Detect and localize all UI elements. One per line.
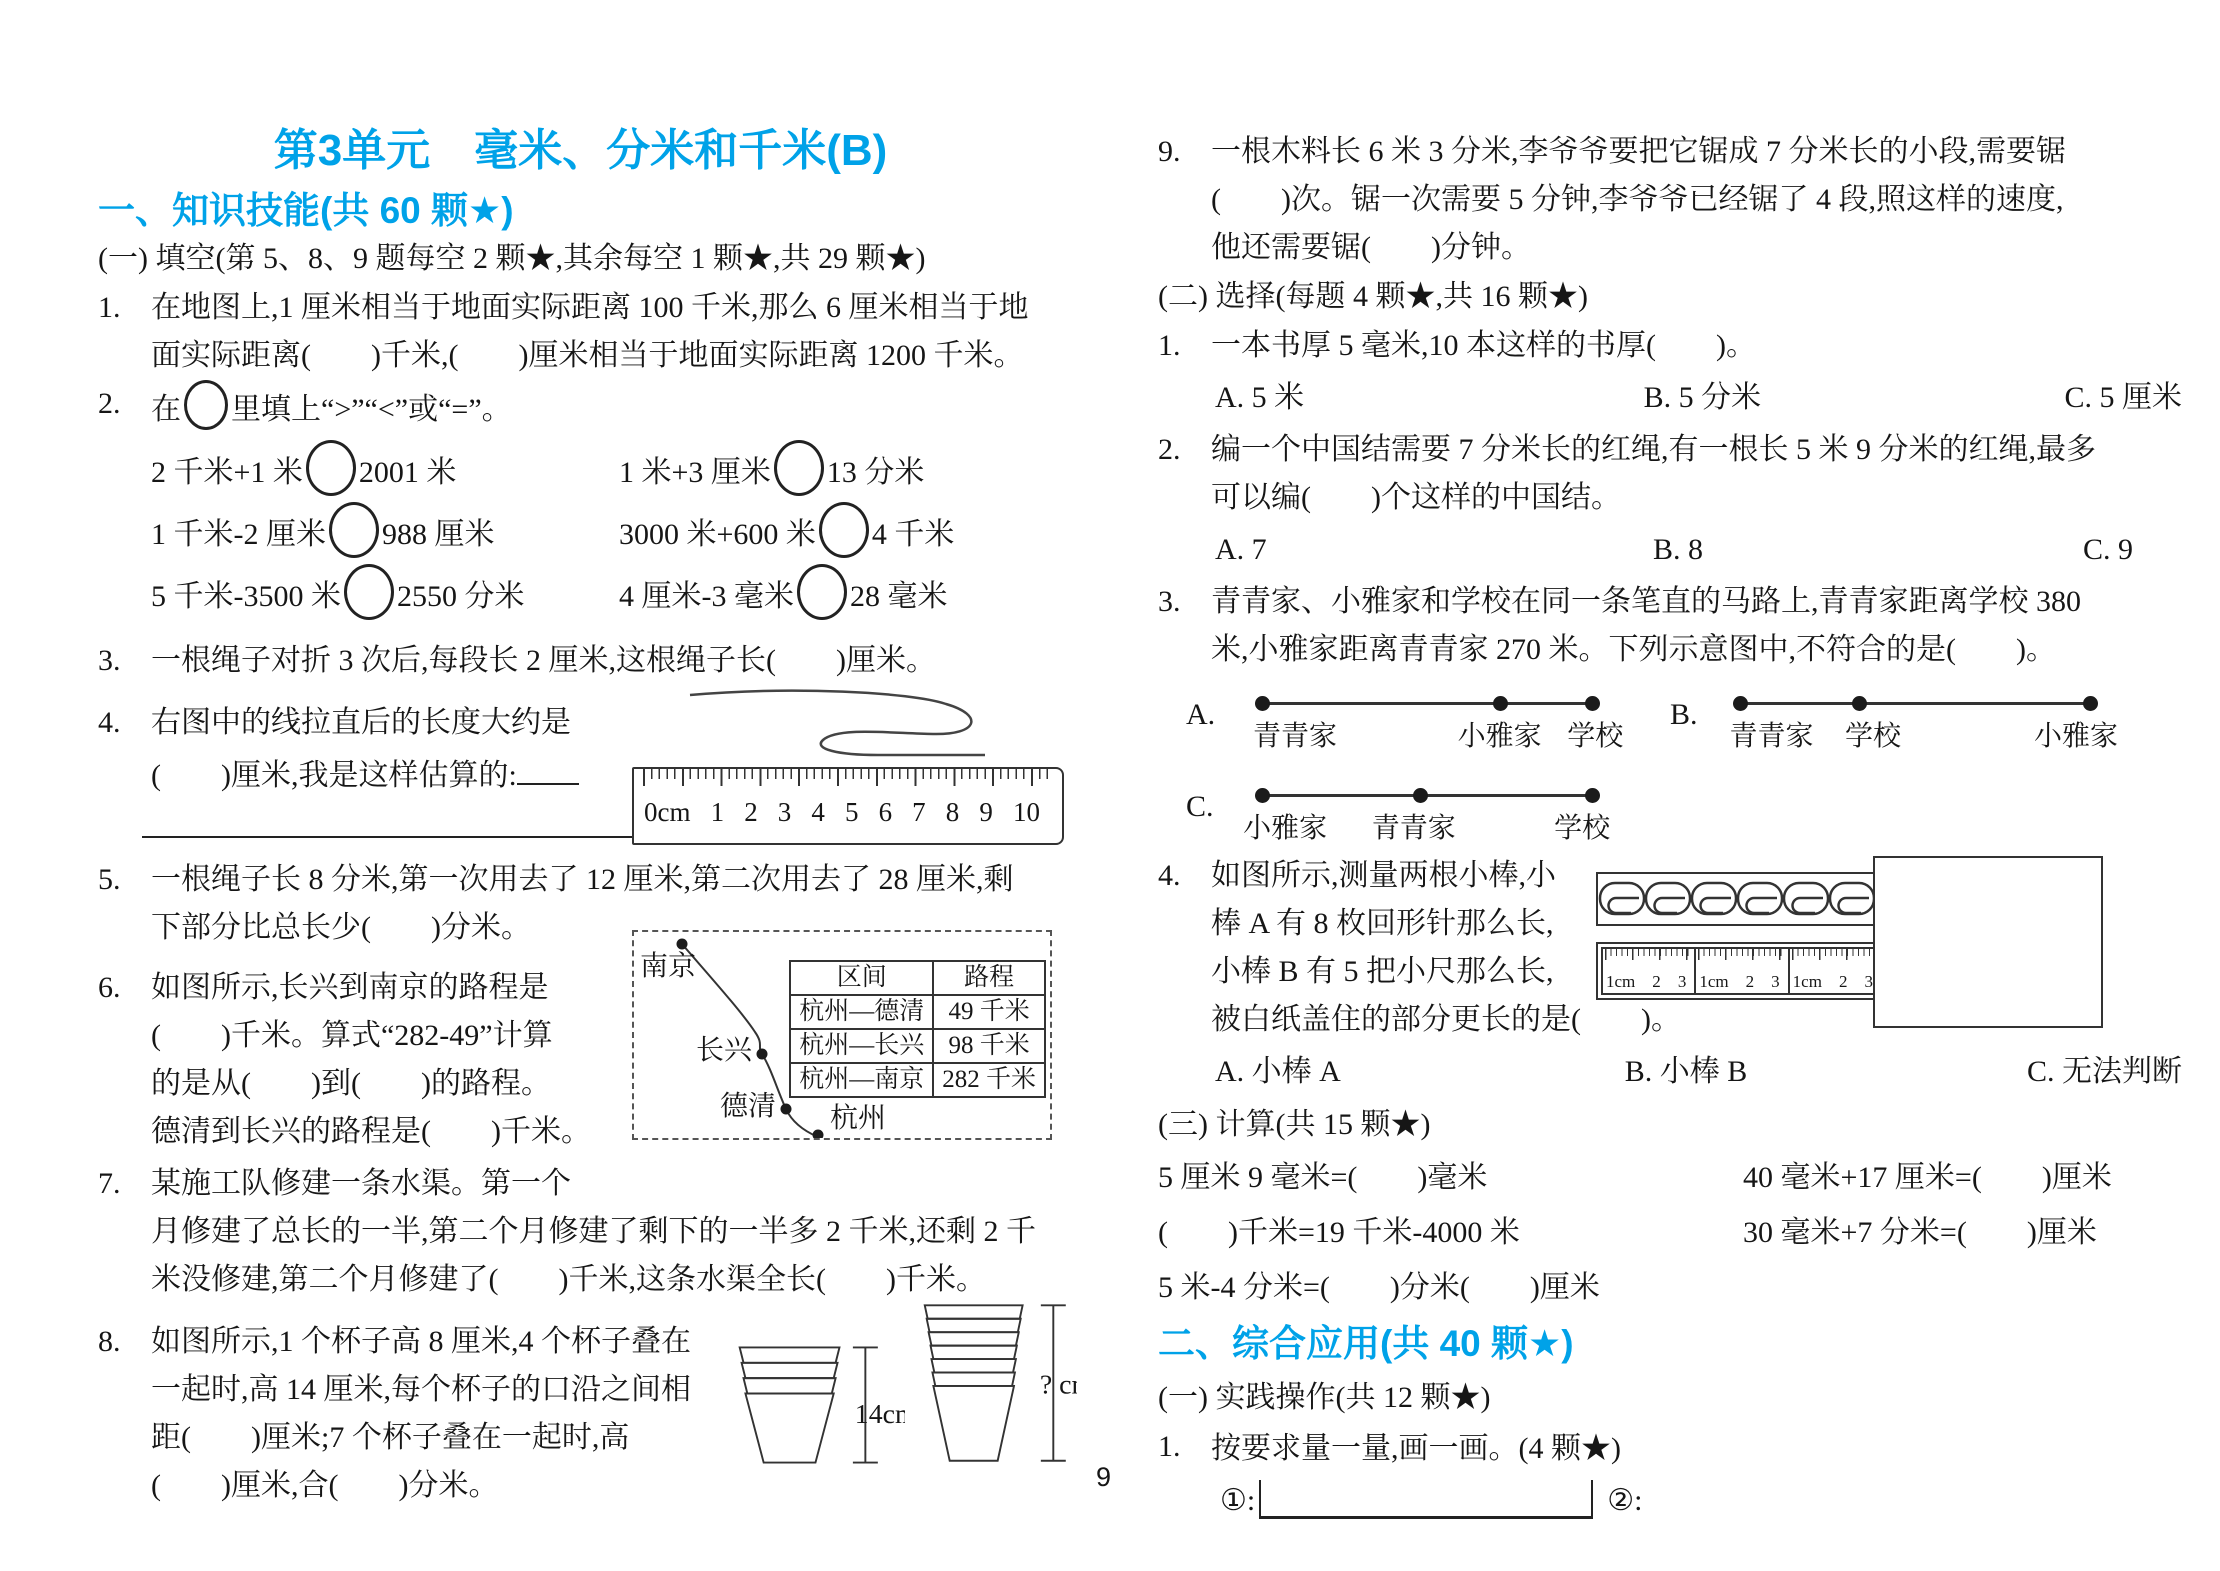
question-text: 在里填上“>”“<”或“=”。 (151, 380, 1063, 437)
draw-task-row: ①: ②: (1158, 1475, 2182, 1527)
diagram-option-a: A. 青青家 小雅家 学校 (1158, 674, 1670, 766)
blank-circle (797, 564, 847, 620)
question-number: 1. (1158, 322, 1211, 370)
location-dot (1585, 788, 1600, 803)
question-text: 在地图上,1 厘米相当于地面实际距离 100 千米,那么 6 厘米相当于地 (151, 284, 1063, 332)
option-letter: B. (1670, 698, 1698, 732)
question-number: 8. (98, 1318, 151, 1510)
subsection-choice-heading: (二) 选择(每题 4 颗★,共 16 颗★) (1158, 272, 2182, 322)
question-number: 7. (98, 1160, 151, 1304)
location-dot (2083, 696, 2098, 711)
question-text: ( )次。锯一次需要 5 分钟,李爷爷已经锯了 4 段,照这样的速度, (1211, 176, 2182, 224)
option-b: B. 5 分米 (1644, 370, 2065, 426)
blank-circle (344, 564, 394, 620)
city-label: 杭州 (830, 1104, 886, 1134)
right-column: 9. 一根木料长 6 米 3 分米,李爷爷要把它锯成 7 分米长的小段,需要锯 … (1158, 0, 2182, 1527)
question-number: 9. (1158, 128, 1211, 272)
ruler-numbers: 1cm23 (1793, 971, 1873, 993)
cups-figure: 14cm ? cm (732, 1296, 1077, 1468)
calc-item: 40 毫米+17 厘米=( )厘米 (1743, 1150, 2112, 1205)
question-8: 8. 如图所示,1 个杯子高 8 厘米,4 个杯子叠在 一起时,高 14 厘米,… (98, 1318, 1063, 1510)
option-letter: C. (1186, 790, 1214, 824)
option-a: A. 小棒 A (1215, 1044, 1625, 1100)
question-text: 米,小雅家距离青青家 270 米。下列示意图中,不符合的是( )。 (1211, 626, 2182, 674)
choice-options: A. 7 B. 8 C. 9 (1158, 522, 2182, 578)
table-row: 杭州—长兴 98 千米 (790, 1029, 1045, 1063)
location-dot (1733, 696, 1748, 711)
distance-table: 区间 路程 杭州—德清 49 千米 杭州—长兴 98 千米 杭州—南京 282 … (789, 960, 1046, 1098)
city-label: 南京 (640, 952, 696, 982)
rulers-bar: 1cm23 1cm23 1cm23 (1596, 942, 1886, 1000)
ruler-numbers: 1cm23 (1699, 971, 1779, 993)
question-text: 编一个中国结需要 7 分米长的红绳,有一根长 5 米 9 分米的红绳,最多 (1211, 426, 2182, 474)
question-9: 9. 一根木料长 6 米 3 分米,李爷爷要把它锯成 7 分米长的小段,需要锯 … (1158, 128, 2182, 272)
calc-row: ( )千米=19 千米-4000 米 30 毫米+7 分米=( )厘米 (1158, 1205, 2182, 1260)
unit-title: 第3单元 毫米、分米和千米(B) (98, 126, 1063, 176)
option-a: A. 5 米 (1215, 370, 1644, 426)
choice-question-3: 3. 青青家、小雅家和学校在同一条笔直的马路上,青青家距离学校 380 米,小雅… (1158, 578, 2182, 674)
location-dot (1413, 788, 1428, 803)
blank-circle (306, 440, 356, 496)
compare-item: 4 厘米-3 毫米28 毫米 (619, 564, 948, 620)
calc-item: 5 厘米 9 毫米=( )毫米 (1158, 1150, 1743, 1205)
question-number: 4. (1158, 852, 1211, 1044)
cup-stack-4-graphic: 14cm (732, 1342, 905, 1468)
cup-stack-7-graphic: ? cm (919, 1300, 1077, 1468)
question-text: 一根木料长 6 米 3 分米,李爷爷要把它锯成 7 分米长的小段,需要锯 (1211, 128, 2182, 176)
answer-underline (517, 747, 579, 785)
location-dot (1585, 696, 1600, 711)
ruler-numbers: 1cm23 (1606, 971, 1686, 993)
diagram-option-c: C. 小雅家 青青家 学校 (1158, 766, 1670, 852)
compare-item: 5 千米-3500 米2550 分米 (151, 564, 619, 620)
cup-height-label: 14cm (855, 1399, 905, 1430)
choice-question-2: 2. 编一个中国结需要 7 分米长的红绳,有一根长 5 米 9 分米的红绳,最多… (1158, 426, 2182, 522)
question-text: 青青家、小雅家和学校在同一条笔直的马路上,青青家距离学校 380 (1211, 578, 2182, 626)
question-text: 一根绳子长 8 分米,第一次用去了 12 厘米,第二次用去了 28 厘米,剩 (151, 856, 1063, 904)
location-dot (1255, 696, 1270, 711)
question-number: 3. (1158, 578, 1211, 674)
section-1-heading: 一、知识技能(共 60 颗★) (98, 188, 1063, 234)
choice-question-4: 4. 如图所示,测量两根小棒,小 棒 A 有 8 枚回形针那么长, 小棒 B 有… (1158, 852, 2182, 1044)
diagram-options-row: A. 青青家 小雅家 学校 B. 青青家 (1158, 674, 2182, 766)
subsection-fill-heading: (一) 填空(第 5、8、9 题每空 2 颗★,其余每空 1 颗★,共 29 颗… (98, 234, 1063, 284)
segment-to-measure (1259, 1480, 1593, 1519)
question-text: 一本书厚 5 毫米,10 本这样的书厚( )。 (1211, 322, 2182, 370)
question-number: 1. (1158, 1423, 1211, 1475)
choice-options: A. 小棒 A B. 小棒 B C. 无法判断 (1158, 1044, 2182, 1100)
question-number: 6. (98, 964, 151, 1156)
question-text: 按要求量一量,画一画。(4 颗★) (1211, 1423, 2182, 1475)
question-text: 他还需要锯( )分钟。 (1211, 224, 2182, 272)
left-column: 第3单元 毫米、分米和千米(B) 一、知识技能(共 60 颗★) (一) 填空(… (98, 0, 1063, 1510)
calc-item: 5 米-4 分米=( )分米( )厘米 (1158, 1260, 1600, 1315)
choice-question-1: 1. 一本书厚 5 毫米,10 本这样的书厚( )。 (1158, 322, 2182, 370)
ruler-ticks (1792, 949, 1879, 960)
table-row: 杭州—南京 282 千米 (790, 1063, 1045, 1097)
question-number: 3. (98, 637, 151, 685)
draw-item-2-label: ②: (1607, 1475, 1642, 1527)
calc-item: 30 毫米+7 分米=( )厘米 (1743, 1205, 2097, 1260)
question-1: 1. 在地图上,1 厘米相当于地面实际距离 100 千米,那么 6 厘米相当于地… (98, 284, 1063, 380)
draw-item-1-label: ①: (1220, 1475, 1255, 1527)
question-text: 面实际距离( )千米,( )厘米相当于地面实际距离 1200 千米。 (151, 332, 1063, 380)
white-paper-cover (1873, 856, 2103, 1028)
ruler-figure: 0cm12345678910 (632, 683, 1064, 845)
compare-row: 1 千米-2 厘米988 厘米 3000 米+600 米4 千米 (151, 499, 1063, 561)
paperclips-bar (1596, 872, 1886, 926)
curvy-line-graphic (632, 683, 1064, 759)
blank-circle (819, 502, 869, 558)
ruler-ticks (1605, 949, 1692, 960)
question-number: 5. (98, 856, 151, 952)
road-line (1740, 702, 2090, 705)
calc-row: 5 厘米 9 毫米=( )毫米 40 毫米+17 厘米=( )厘米 (1158, 1150, 2182, 1205)
question-number: 4. (98, 699, 151, 800)
location-dot (1255, 788, 1270, 803)
compare-row: 2 千米+1 米2001 米 1 米+3 厘米13 分米 (151, 437, 1063, 499)
ruler-graphic: 0cm12345678910 (632, 767, 1064, 845)
subsection-calc-heading: (三) 计算(共 15 颗★) (1158, 1100, 2182, 1150)
option-c: C. 5 厘米 (2064, 370, 2182, 426)
question-number: 2. (1158, 426, 1211, 522)
measurement-figure: 1cm23 1cm23 1cm23 (1596, 856, 2108, 1032)
question-number: 2. (98, 380, 151, 623)
blank-circle (329, 502, 379, 558)
mini-ruler: 1cm23 (1694, 947, 1789, 995)
option-c: C. 无法判断 (2027, 1044, 2182, 1100)
question-4: 4. 右图中的线拉直后的长度大约是 ( )厘米,我是这样估算的: 0cm1234… (98, 699, 1063, 800)
cup-height-label: ? cm (1040, 1370, 1077, 1401)
worksheet-page: 第3单元 毫米、分米和千米(B) 一、知识技能(共 60 颗★) (一) 填空(… (0, 0, 2220, 1571)
location-dot (1493, 696, 1508, 711)
question-text: 月修建了总长的一半,第二个月修建了剩下的一半多 2 千米,还剩 2 千 (151, 1208, 1063, 1256)
question-7: 7. 某施工队修建一条水渠。第一个 月修建了总长的一半,第二个月修建了剩下的一半… (98, 1160, 1063, 1304)
compare-item: 2 千米+1 米2001 米 (151, 440, 619, 496)
diagram-option-b: B. 青青家 学校 小雅家 (1670, 674, 2170, 766)
question-number: 1. (98, 284, 151, 380)
practice-question-1: 1. 按要求量一量,画一画。(4 颗★) (1158, 1423, 2182, 1475)
paperclips-graphic (1598, 874, 1882, 923)
subsection-practice-heading: (一) 实践操作(共 12 颗★) (1158, 1373, 2182, 1423)
ruler-numbers: 0cm12345678910 (634, 791, 1062, 833)
table-row: 杭州—德清 49 千米 (790, 995, 1045, 1029)
question-text: 一根绳子对折 3 次后,每段长 2 厘米,这根绳子长( )厘米。 (151, 637, 1063, 685)
question-3: 3. 一根绳子对折 3 次后,每段长 2 厘米,这根绳子长( )厘米。 (98, 637, 1063, 685)
option-b: B. 小棒 B (1625, 1044, 2027, 1100)
section-2-heading: 二、综合应用(共 40 颗★) (1158, 1321, 2182, 1367)
blank-circle (774, 440, 824, 496)
calc-item: ( )千米=19 千米-4000 米 (1158, 1205, 1743, 1260)
option-letter: A. (1186, 698, 1215, 732)
option-a: A. 7 (1215, 522, 1653, 578)
ruler-ticks (1698, 949, 1785, 960)
page-number: 9 (1096, 1462, 1111, 1493)
table-header: 区间 (790, 961, 933, 995)
question-2: 2. 在里填上“>”“<”或“=”。 2 千米+1 米2001 米 1 米+3 … (98, 380, 1063, 623)
compare-item: 1 千米-2 厘米988 厘米 (151, 502, 619, 558)
question-6: 6. 如图所示,长兴到南京的路程是 ( )千米。算式“282-49”计算 的是从… (98, 964, 1063, 1156)
question-text: 可以编( )个这样的中国结。 (1211, 474, 2182, 522)
question-text: ( )厘米,合( )分米。 (151, 1462, 1063, 1510)
question-text: 某施工队修建一条水渠。第一个 (151, 1160, 1063, 1208)
city-label: 德清 (720, 1092, 776, 1122)
table-header: 路程 (933, 961, 1045, 995)
map-figure: 南京 长兴 德清 杭州 区间 路程 杭州—德清 49 千米 杭州—长兴 98 千 (632, 930, 1052, 1140)
compare-item: 3000 米+600 米4 千米 (619, 502, 954, 558)
option-b: B. 8 (1653, 522, 2083, 578)
choice-options: A. 5 米 B. 5 分米 C. 5 厘米 (1158, 370, 2182, 426)
city-label: 长兴 (696, 1036, 752, 1066)
option-c: C. 9 (2083, 522, 2182, 578)
road-line (1262, 702, 1592, 705)
compare-row: 5 千米-3500 米2550 分米 4 厘米-3 毫米28 毫米 (151, 561, 1063, 623)
blank-circle (184, 380, 228, 430)
mini-ruler: 1cm23 (1788, 947, 1883, 995)
compare-item: 1 米+3 厘米13 分米 (619, 440, 924, 496)
ruler-ticks (643, 769, 1053, 786)
location-dot (1852, 696, 1867, 711)
mini-ruler: 1cm23 (1601, 947, 1696, 995)
calc-row: 5 米-4 分米=( )分米( )厘米 (1158, 1260, 2182, 1315)
